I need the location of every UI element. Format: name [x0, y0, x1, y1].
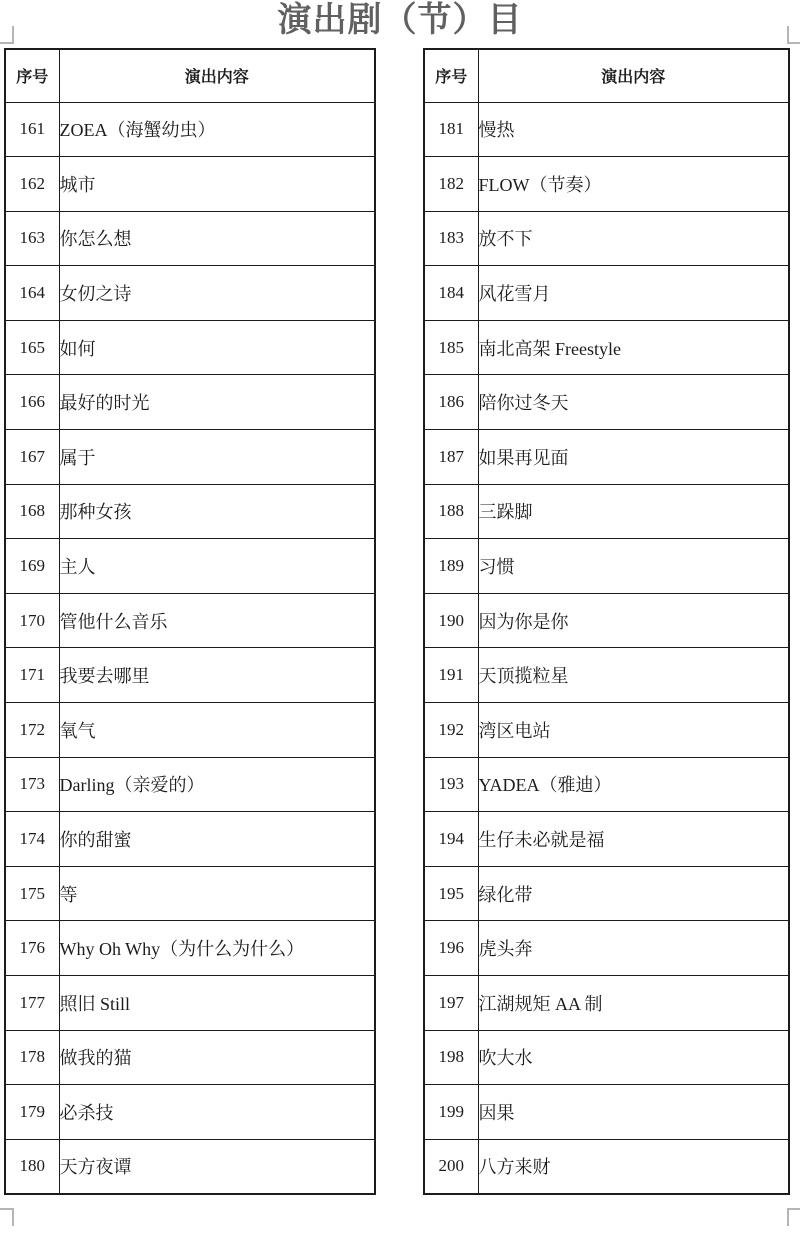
- column-header-content: 演出内容: [478, 49, 789, 102]
- row-content-cell: FLOW（节奏）: [478, 157, 789, 212]
- table-row: 182FLOW（节奏）: [424, 157, 789, 212]
- row-content-cell: 三跺脚: [478, 484, 789, 539]
- row-number-cell: 192: [424, 703, 478, 758]
- row-content-cell: 天方夜谭: [59, 1139, 375, 1194]
- row-number-cell: 175: [5, 866, 59, 921]
- table-row: 181慢热: [424, 102, 789, 157]
- table-row: 193YADEA（雅迪）: [424, 757, 789, 812]
- table-header-row: 序号 演出内容: [5, 49, 375, 102]
- row-content-cell: 做我的猫: [59, 1030, 375, 1085]
- margin-crop-mark-bottom-left: [0, 1208, 14, 1226]
- row-number-cell: 173: [5, 757, 59, 812]
- row-number-cell: 164: [5, 266, 59, 321]
- table-row: 166最好的时光: [5, 375, 375, 430]
- row-content-cell: 因果: [478, 1085, 789, 1140]
- table-header-row: 序号 演出内容: [424, 49, 789, 102]
- row-content-cell: 陪你过冬天: [478, 375, 789, 430]
- row-number-cell: 181: [424, 102, 478, 157]
- row-content-cell: 天顶揽粒星: [478, 648, 789, 703]
- row-number-cell: 177: [5, 976, 59, 1031]
- row-content-cell: 那种女孩: [59, 484, 375, 539]
- row-content-cell: 氧气: [59, 703, 375, 758]
- row-number-cell: 167: [5, 430, 59, 485]
- table-row: 185南北高架 Freestyle: [424, 320, 789, 375]
- table-row: 171我要去哪里: [5, 648, 375, 703]
- row-number-cell: 197: [424, 976, 478, 1031]
- table-row: 190因为你是你: [424, 593, 789, 648]
- row-number-cell: 174: [5, 812, 59, 867]
- margin-crop-mark-bottom-right: [787, 1208, 800, 1226]
- table-row: 168那种女孩: [5, 484, 375, 539]
- row-number-cell: 171: [5, 648, 59, 703]
- table-row: 165如何: [5, 320, 375, 375]
- row-number-cell: 179: [5, 1085, 59, 1140]
- table-row: 194生仔未必就是福: [424, 812, 789, 867]
- row-content-cell: 你的甜蜜: [59, 812, 375, 867]
- row-number-cell: 194: [424, 812, 478, 867]
- table-row: 172氧气: [5, 703, 375, 758]
- row-number-cell: 193: [424, 757, 478, 812]
- table-row: 189习惯: [424, 539, 789, 594]
- table-row: 186陪你过冬天: [424, 375, 789, 430]
- row-number-cell: 165: [5, 320, 59, 375]
- row-number-cell: 186: [424, 375, 478, 430]
- row-number-cell: 184: [424, 266, 478, 321]
- table-row: 173Darling（亲爱的）: [5, 757, 375, 812]
- table-row: 178做我的猫: [5, 1030, 375, 1085]
- table-row: 200八方来财: [424, 1139, 789, 1194]
- row-number-cell: 166: [5, 375, 59, 430]
- row-content-cell: 风花雪月: [478, 266, 789, 321]
- table-row: 198吹大水: [424, 1030, 789, 1085]
- row-content-cell: 南北高架 Freestyle: [478, 320, 789, 375]
- row-content-cell: 生仔未必就是福: [478, 812, 789, 867]
- row-number-cell: 162: [5, 157, 59, 212]
- row-content-cell: 如果再见面: [478, 430, 789, 485]
- row-content-cell: 最好的时光: [59, 375, 375, 430]
- table-row: 175等: [5, 866, 375, 921]
- column-header-content: 演出内容: [59, 49, 375, 102]
- table-row: 162城市: [5, 157, 375, 212]
- row-number-cell: 191: [424, 648, 478, 703]
- table-row: 191天顶揽粒星: [424, 648, 789, 703]
- table-row: 177照旧 Still: [5, 976, 375, 1031]
- document-page: { "page": { "title": "演出剧（节）目" }, "color…: [0, 0, 800, 1250]
- table-row: 195绿化带: [424, 866, 789, 921]
- table-row: 167属于: [5, 430, 375, 485]
- row-content-cell: 等: [59, 866, 375, 921]
- row-content-cell: 必杀技: [59, 1085, 375, 1140]
- table-row: 179必杀技: [5, 1085, 375, 1140]
- table-row: 163你怎么想: [5, 211, 375, 266]
- row-number-cell: 161: [5, 102, 59, 157]
- row-content-cell: 吹大水: [478, 1030, 789, 1085]
- table-row: 170管他什么音乐: [5, 593, 375, 648]
- row-number-cell: 163: [5, 211, 59, 266]
- table-row: 187如果再见面: [424, 430, 789, 485]
- row-number-cell: 187: [424, 430, 478, 485]
- table-row: 197江湖规矩 AA 制: [424, 976, 789, 1031]
- table-row: 164女仞之诗: [5, 266, 375, 321]
- row-content-cell: 女仞之诗: [59, 266, 375, 321]
- row-content-cell: 你怎么想: [59, 211, 375, 266]
- table-row: 192湾区电站: [424, 703, 789, 758]
- row-content-cell: 江湖规矩 AA 制: [478, 976, 789, 1031]
- row-number-cell: 178: [5, 1030, 59, 1085]
- row-content-cell: 慢热: [478, 102, 789, 157]
- row-number-cell: 195: [424, 866, 478, 921]
- row-number-cell: 170: [5, 593, 59, 648]
- row-content-cell: 因为你是你: [478, 593, 789, 648]
- row-number-cell: 188: [424, 484, 478, 539]
- table-row: 183放不下: [424, 211, 789, 266]
- table-row: 161ZOEA（海蟹幼虫）: [5, 102, 375, 157]
- program-table-left: 序号 演出内容 161ZOEA（海蟹幼虫）162城市163你怎么想164女仞之诗…: [4, 48, 376, 1195]
- row-number-cell: 190: [424, 593, 478, 648]
- row-number-cell: 180: [5, 1139, 59, 1194]
- table-row: 199因果: [424, 1085, 789, 1140]
- row-number-cell: 196: [424, 921, 478, 976]
- row-content-cell: 照旧 Still: [59, 976, 375, 1031]
- row-content-cell: 放不下: [478, 211, 789, 266]
- row-content-cell: 习惯: [478, 539, 789, 594]
- row-content-cell: 属于: [59, 430, 375, 485]
- row-number-cell: 172: [5, 703, 59, 758]
- row-content-cell: 城市: [59, 157, 375, 212]
- table-row: 176Why Oh Why（为什么为什么）: [5, 921, 375, 976]
- program-table-right: 序号 演出内容 181慢热182FLOW（节奏）183放不下184风花雪月185…: [423, 48, 790, 1195]
- table-row: 188三跺脚: [424, 484, 789, 539]
- row-number-cell: 198: [424, 1030, 478, 1085]
- page-title: 演出剧（节）目: [0, 0, 800, 40]
- row-content-cell: YADEA（雅迪）: [478, 757, 789, 812]
- row-content-cell: 虎头奔: [478, 921, 789, 976]
- table-row: 196虎头奔: [424, 921, 789, 976]
- row-content-cell: 我要去哪里: [59, 648, 375, 703]
- row-number-cell: 185: [424, 320, 478, 375]
- row-content-cell: 管他什么音乐: [59, 593, 375, 648]
- row-number-cell: 169: [5, 539, 59, 594]
- table-row: 180天方夜谭: [5, 1139, 375, 1194]
- row-content-cell: ZOEA（海蟹幼虫）: [59, 102, 375, 157]
- row-content-cell: Why Oh Why（为什么为什么）: [59, 921, 375, 976]
- row-content-cell: 绿化带: [478, 866, 789, 921]
- row-number-cell: 168: [5, 484, 59, 539]
- table-row: 174你的甜蜜: [5, 812, 375, 867]
- row-number-cell: 182: [424, 157, 478, 212]
- row-number-cell: 183: [424, 211, 478, 266]
- row-content-cell: 八方来财: [478, 1139, 789, 1194]
- row-number-cell: 189: [424, 539, 478, 594]
- column-header-index: 序号: [424, 49, 478, 102]
- row-number-cell: 199: [424, 1085, 478, 1140]
- table-row: 184风花雪月: [424, 266, 789, 321]
- column-header-index: 序号: [5, 49, 59, 102]
- row-number-cell: 200: [424, 1139, 478, 1194]
- row-content-cell: Darling（亲爱的）: [59, 757, 375, 812]
- row-content-cell: 主人: [59, 539, 375, 594]
- table-row: 169主人: [5, 539, 375, 594]
- row-content-cell: 湾区电站: [478, 703, 789, 758]
- row-content-cell: 如何: [59, 320, 375, 375]
- row-number-cell: 176: [5, 921, 59, 976]
